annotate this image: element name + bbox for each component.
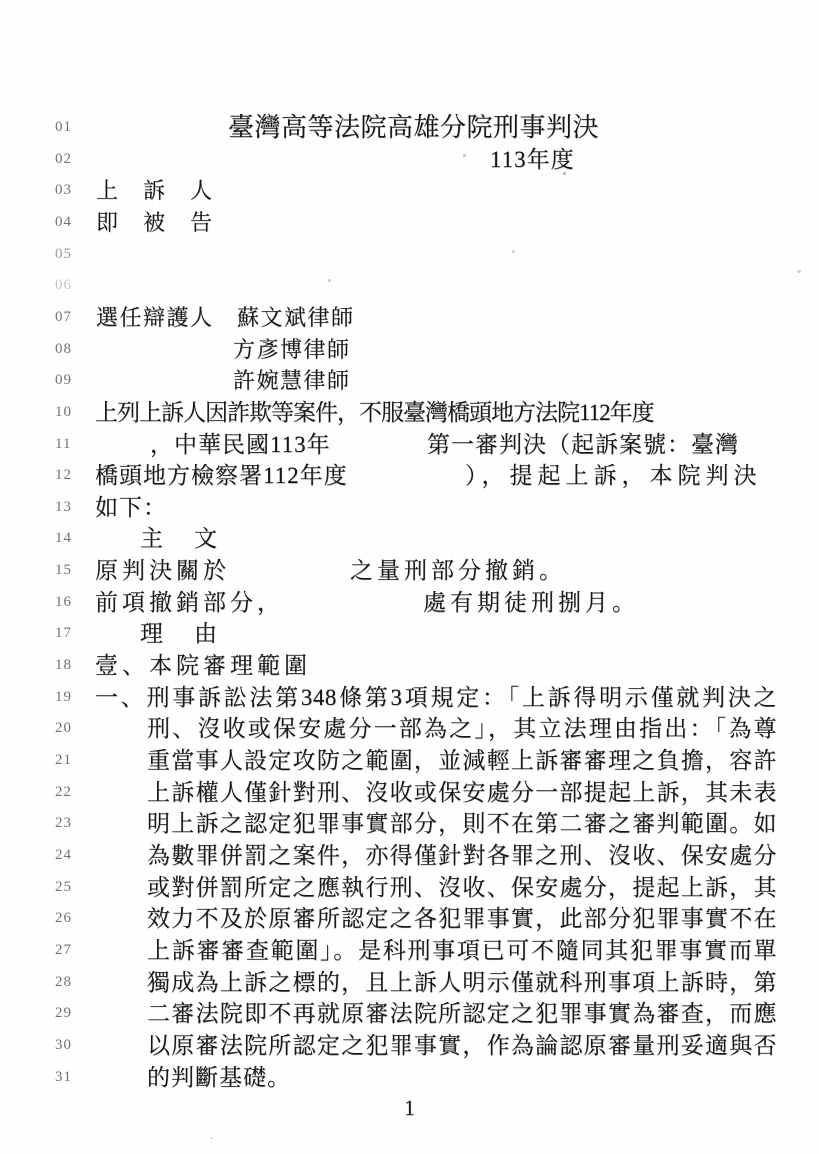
line-number: 22 <box>55 777 72 809</box>
line-text: 為數罪併罰之案件，亦得僅針對各罪之刑、沒收、保安處分 <box>147 840 777 872</box>
line-text: 理 由 <box>140 618 221 650</box>
document-line: 03上 訴 人 <box>0 175 819 207</box>
line-text: 方彥博律師 <box>233 334 351 366</box>
line-text: 的判斷基礎。 <box>147 1062 291 1094</box>
line-text: 許婉慧律師 <box>233 365 351 397</box>
line-text: 上列上訴人因詐欺等案件，不服臺灣橋頭地方法院112年度 <box>95 397 654 429</box>
line-number: 23 <box>55 808 72 840</box>
line-text: 即 被 告 <box>96 207 214 239</box>
line-text: 明上訴之認定犯罪事實部分，則不在第二審之審判範圍。如 <box>147 808 777 840</box>
scan-speck <box>210 1137 213 1139</box>
document-line: 26效力不及於原審所認定之各犯罪事實，此部分犯罪事實不在 <box>0 903 819 935</box>
document-line: 07選任辯護人 蘇文斌律師 <box>0 302 819 334</box>
line-text: 或對併罰所定之應執行刑、沒收、保安處分，提起上訴，其 <box>147 872 777 904</box>
line-number: 01 <box>55 112 72 144</box>
line-number: 04 <box>55 207 72 239</box>
line-text: ，中華民國113年 <box>150 429 331 461</box>
line-number: 08 <box>55 334 72 366</box>
line-number: 29 <box>55 998 72 1030</box>
document-line: 09許婉慧律師 <box>0 365 819 397</box>
line-text: 效力不及於原審所認定之各犯罪事實，此部分犯罪事實不在 <box>147 903 777 935</box>
line-number: 18 <box>55 650 72 682</box>
document-line: 08方彥博律師 <box>0 334 819 366</box>
line-text: 壹、本院審理範圍 <box>95 650 311 682</box>
document-line: 29二審法院即不再就原審法院所認定之犯罪事實為審查，而應 <box>0 998 819 1030</box>
line-number: 16 <box>55 587 72 619</box>
page-number: 1 <box>0 1095 819 1121</box>
line-text: 選任辯護人 蘇文斌律師 <box>96 302 355 334</box>
document-line: 31的判斷基礎。 <box>0 1062 819 1094</box>
line-number: 10 <box>55 397 72 429</box>
document-line: 15原判決關於之量刑部分撤銷。 <box>0 555 819 587</box>
line-text: 臺灣高等法院高雄分院刑事判決 <box>228 112 599 144</box>
document-line: 06 <box>0 270 819 302</box>
scan-speck <box>328 279 331 282</box>
line-number: 12 <box>55 460 72 492</box>
line-number: 13 <box>55 492 72 524</box>
line-number: 31 <box>55 1062 72 1094</box>
document-line: 01臺灣高等法院高雄分院刑事判決 <box>0 112 819 144</box>
line-number: 20 <box>55 713 72 745</box>
document-line: 04即 被 告 <box>0 207 819 239</box>
line-text: 以原審法院所認定之犯罪事實，作為論認原審量刑妥適與否 <box>147 1030 777 1062</box>
line-text: 刑、沒收或保安處分一部為之」，其立法理由指出：「為尊 <box>147 713 777 745</box>
line-number: 09 <box>55 365 72 397</box>
line-number: 03 <box>55 175 72 207</box>
line-text: 之量刑部分撤銷。 <box>350 555 566 587</box>
judgment-page: 01臺灣高等法院高雄分院刑事判決02113年度03上 訴 人04即 被 告050… <box>0 0 819 1154</box>
line-number: 26 <box>55 903 72 935</box>
scan-speck <box>563 172 566 175</box>
line-number: 11 <box>55 429 71 461</box>
line-number: 06 <box>55 270 72 302</box>
document-line: 02113年度 <box>0 144 819 176</box>
line-text: 重當事人設定攻防之範圍，並減輕上訴審審理之負擔，容許 <box>147 745 777 777</box>
document-line: 22上訴權人僅針對刑、沒收或保安處分一部提起上訴，其未表 <box>0 777 819 809</box>
document-line: 17理 由 <box>0 618 819 650</box>
line-number: 25 <box>55 872 72 904</box>
line-text: ），提起上訴，本院判決 <box>465 460 762 492</box>
line-text: 二審法院即不再就原審法院所認定之犯罪事實為審查，而應 <box>147 998 777 1030</box>
line-text: 處有期徒刑捌月。 <box>423 587 639 619</box>
line-text: 上訴權人僅針對刑、沒收或保安處分一部提起上訴，其未表 <box>147 777 777 809</box>
line-number: 14 <box>55 523 72 555</box>
line-number: 27 <box>55 935 72 967</box>
line-text: 上訴審審查範圍」。是科刑事項已可不隨同其犯罪事實而單 <box>147 935 777 967</box>
line-text: 上 訴 人 <box>96 175 214 207</box>
scan-speck <box>797 270 801 273</box>
line-number: 28 <box>55 967 72 999</box>
line-text: 一、刑事訴訟法第348條第3項規定：「上訴得明示僅就判決之 <box>95 682 777 714</box>
scan-speck <box>236 602 239 604</box>
document-line: 18壹、本院審理範圍 <box>0 650 819 682</box>
line-text: 如下： <box>95 492 167 524</box>
document-line: 19一、刑事訴訟法第348條第3項規定：「上訴得明示僅就判決之 <box>0 682 819 714</box>
line-number: 05 <box>55 239 72 271</box>
line-number: 02 <box>55 144 72 176</box>
line-number: 07 <box>55 302 72 334</box>
scan-speck <box>463 154 466 157</box>
line-text: 113年度 <box>490 144 575 176</box>
line-number: 17 <box>55 618 72 650</box>
line-number: 24 <box>55 840 72 872</box>
document-line: 05 <box>0 239 819 271</box>
line-text: 主 文 <box>140 523 221 555</box>
line-number: 30 <box>55 1030 72 1062</box>
document-line: 23明上訴之認定犯罪事實部分，則不在第二審之審判範圍。如 <box>0 808 819 840</box>
document-line: 11，中華民國113年第一審判決（起訴案號：臺灣 <box>0 429 819 461</box>
document-line: 28獨成為上訴之標的，且上訴人明示僅就科刑事項上訴時，第 <box>0 967 819 999</box>
document-line: 20刑、沒收或保安處分一部為之」，其立法理由指出：「為尊 <box>0 713 819 745</box>
line-number: 21 <box>55 745 72 777</box>
line-text: 前項撤銷部分， <box>95 587 284 619</box>
line-number: 19 <box>55 682 72 714</box>
document-line: 27上訴審審查範圍」。是科刑事項已可不隨同其犯罪事實而單 <box>0 935 819 967</box>
document-line: 24為數罪併罰之案件，亦得僅針對各罪之刑、沒收、保安處分 <box>0 840 819 872</box>
document-line: 13如下： <box>0 492 819 524</box>
document-line: 12橋頭地方檢察署112年度），提起上訴，本院判決 <box>0 460 819 492</box>
document-line: 14主 文 <box>0 523 819 555</box>
document-line: 10上列上訴人因詐欺等案件，不服臺灣橋頭地方法院112年度 <box>0 397 819 429</box>
line-number: 15 <box>55 555 72 587</box>
line-text: 橋頭地方檢察署112年度 <box>95 460 348 492</box>
line-text: 第一審判決（起訴案號：臺灣 <box>427 429 739 461</box>
document-line: 30以原審法院所認定之犯罪事實，作為論認原審量刑妥適與否 <box>0 1030 819 1062</box>
line-text: 獨成為上訴之標的，且上訴人明示僅就科刑事項上訴時，第 <box>147 967 777 999</box>
document-line: 25或對併罰所定之應執行刑、沒收、保安處分，提起上訴，其 <box>0 872 819 904</box>
document-line: 21重當事人設定攻防之範圍，並減輕上訴審審理之負擔，容許 <box>0 745 819 777</box>
document-line: 16前項撤銷部分，處有期徒刑捌月。 <box>0 587 819 619</box>
line-text: 原判決關於 <box>95 555 230 587</box>
scan-speck <box>512 250 515 253</box>
